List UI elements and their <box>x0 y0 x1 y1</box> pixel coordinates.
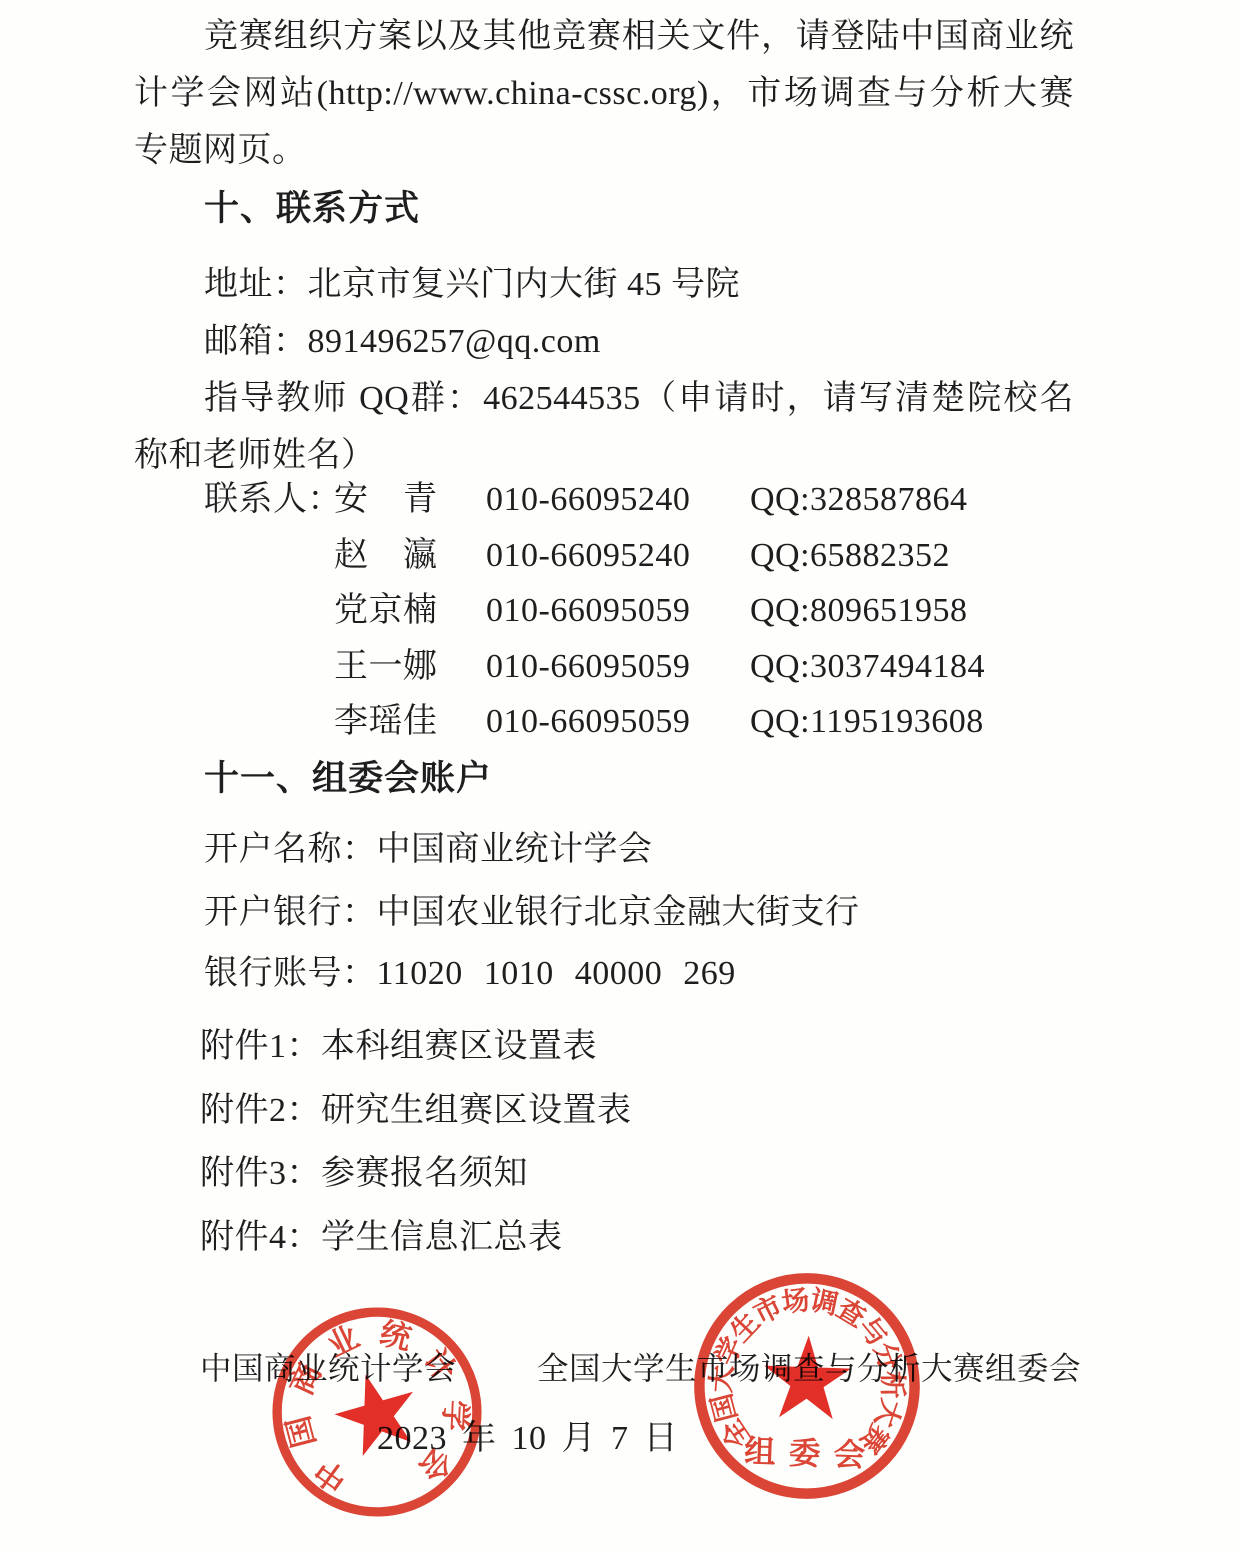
document-page: { "page": { "text_color": "#1e1e1e", "se… <box>0 0 1241 1553</box>
section-account-heading: 十一、组委会账户 <box>204 750 492 807</box>
contact-row: 李瑶佳 010-66095059 QQ:1195193608 <box>0 694 1241 750</box>
contact-row: 联系人： 安 青 010-66095240 QQ:328587864 <box>0 472 1241 528</box>
bank-line: 开户银行：中国农业银行北京金融大街支行 <box>204 884 860 941</box>
svg-text:调: 调 <box>808 1284 841 1320</box>
svg-text:查: 查 <box>831 1292 871 1333</box>
email-line: 邮箱：891496257@qq.com <box>204 313 601 370</box>
svg-text:市: 市 <box>749 1290 788 1330</box>
contact-name: 安 青 <box>334 472 438 528</box>
contact-name: 党京楠 <box>334 583 438 639</box>
attachment-item: 附件3：参赛报名须知 <box>200 1142 632 1206</box>
contact-phone: 010-66095059 <box>486 639 690 695</box>
contact-phone: 010-66095059 <box>486 694 690 750</box>
contacts-label: 联系人： <box>204 472 342 528</box>
signature-org-right: 全国大学生市场调查与分析大赛组委会 <box>537 1340 1081 1397</box>
svg-text:场: 场 <box>780 1284 812 1318</box>
contact-row: 党京楠 010-66095059 QQ:809651958 <box>0 583 1241 639</box>
account-name-line: 开户名称：中国商业统计学会 <box>204 821 653 878</box>
svg-text:赛: 赛 <box>854 1418 896 1459</box>
contact-qq: QQ:1195193608 <box>750 694 984 750</box>
contact-qq: QQ:3037494184 <box>750 639 985 695</box>
contact-phone: 010-66095240 <box>486 472 690 528</box>
attachment-item: 附件2：研究生组赛区设置表 <box>200 1079 632 1143</box>
contact-row: 王一娜 010-66095059 QQ:3037494184 <box>0 639 1241 695</box>
signature-org-left: 中国商业统计学会 <box>200 1340 456 1397</box>
contact-name: 王一娜 <box>334 639 438 695</box>
seal-bottom-text: 组委会 <box>744 1434 879 1474</box>
address-line: 地址：北京市复兴门内大街 45 号院 <box>204 256 740 313</box>
contacts-table: 联系人： 安 青 010-66095240 QQ:328587864 赵 瀛 0… <box>0 472 1241 750</box>
teacher-qq-line: 指导教师 QQ群：462544535（申请时，请写清楚院校名称和老师姓名） <box>134 370 1074 484</box>
intro-paragraph: 竞赛组织方案以及其他竞赛相关文件，请登陆中国商业统计学会网站(http://ww… <box>134 8 1074 179</box>
attachment-item: 附件4：学生信息汇总表 <box>200 1206 632 1270</box>
contact-qq: QQ:328587864 <box>750 472 968 528</box>
contact-phone: 010-66095059 <box>486 583 690 639</box>
attachments-list: 附件1：本科组赛区设置表 附件2：研究生组赛区设置表 附件3：参赛报名须知 附件… <box>200 1015 632 1269</box>
contact-phone: 010-66095240 <box>486 528 690 584</box>
svg-text:国: 国 <box>280 1412 322 1451</box>
section-contact-heading: 十、联系方式 <box>204 180 420 237</box>
contact-name: 李瑶佳 <box>334 694 438 750</box>
svg-text:大: 大 <box>869 1395 907 1431</box>
contact-qq: QQ:65882352 <box>750 528 950 584</box>
signature-date: 2023 年 10 月 7 日 <box>377 1410 678 1467</box>
contact-name: 赵 瀛 <box>334 528 438 584</box>
contact-row: 赵 瀛 010-66095240 QQ:65882352 <box>0 528 1241 584</box>
attachment-item: 附件1：本科组赛区设置表 <box>200 1015 632 1079</box>
contact-qq: QQ:809651958 <box>750 583 968 639</box>
account-number-line: 银行账号：11020 1010 40000 269 <box>204 945 736 1002</box>
seal-ring-text: 中国商业统计学会 <box>270 1307 482 1504</box>
svg-text:全: 全 <box>715 1413 756 1454</box>
svg-text:中: 中 <box>308 1452 353 1498</box>
document-canvas: 竞赛组织方案以及其他竞赛相关文件，请登陆中国商业统计学会网站(http://ww… <box>0 0 1241 1553</box>
